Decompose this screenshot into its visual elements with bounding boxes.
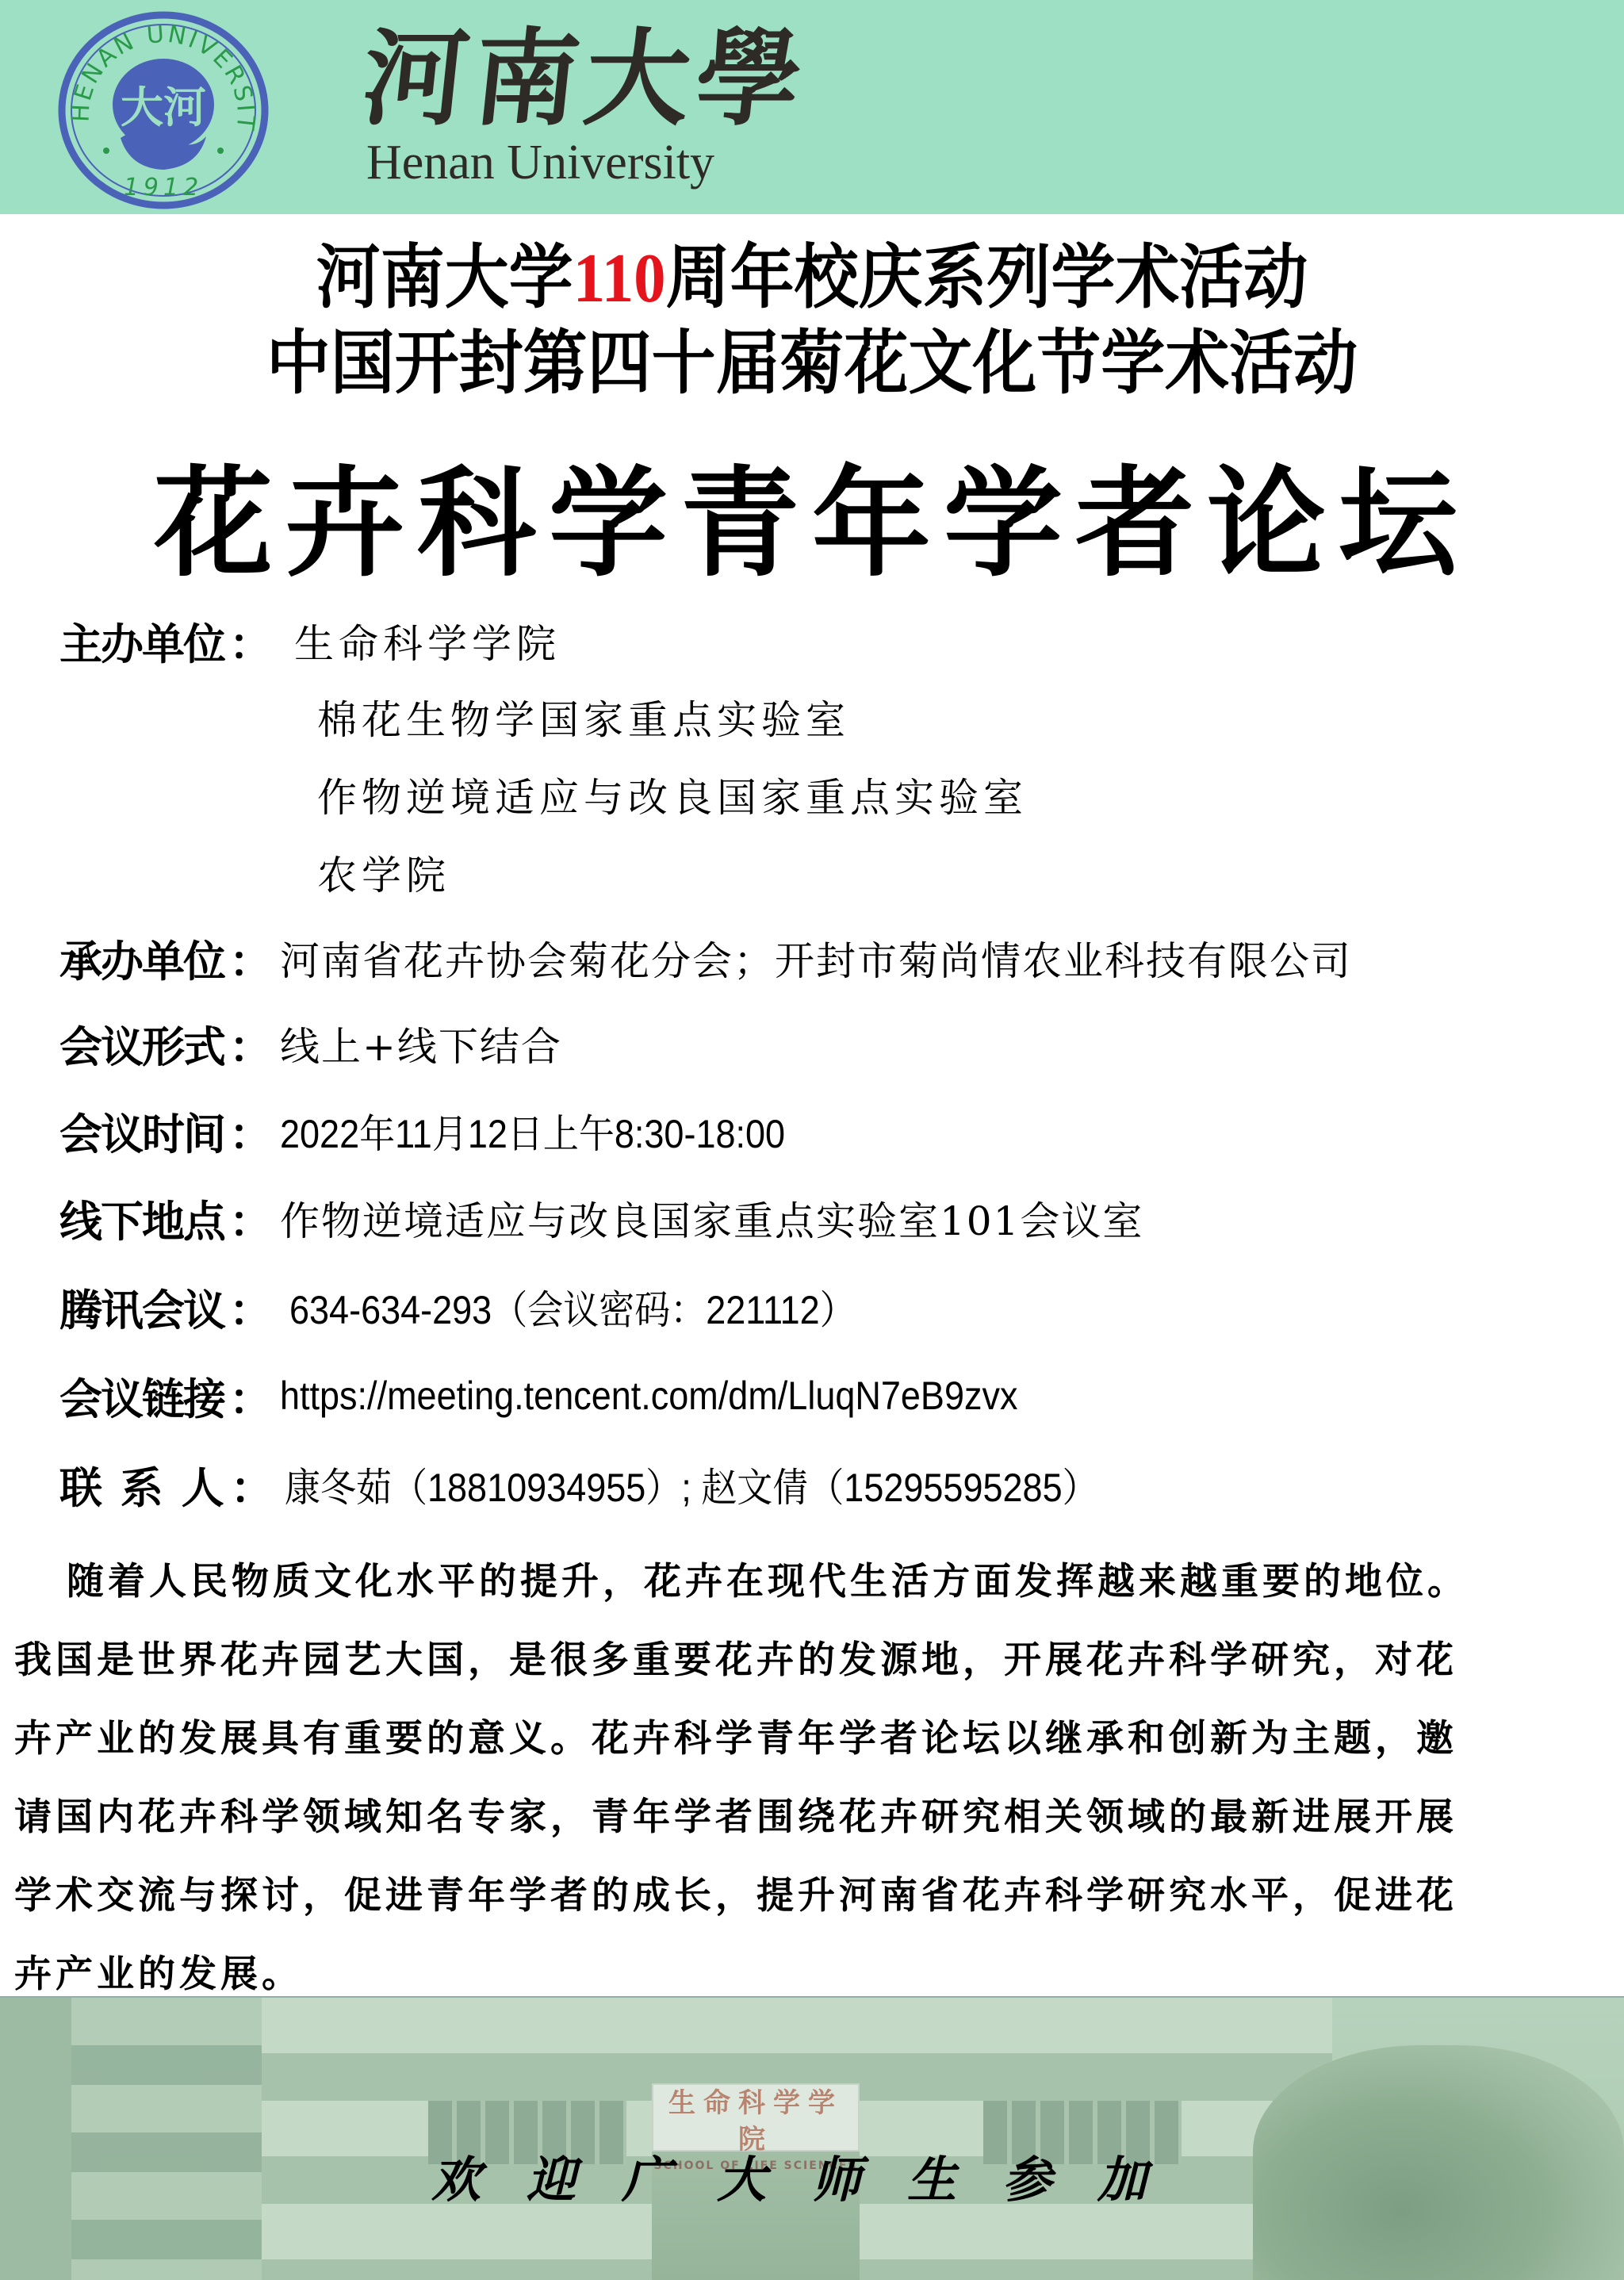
info-organizers: 主办单位 ： 生命科学学院 [59,609,561,673]
info-tencent-meeting: 腾讯会议 ： 634-634-293（会议密码：221112） [59,1275,918,1339]
format-value: 线上+线下结合 [280,1015,562,1072]
organizer-item: 作物逆境适应与改良国家重点实验室 [317,766,1028,830]
intro-line: 卉产业的发展具有重要的意义。花卉科学青年学者论坛以继承和创新为主题，邀 [14,1699,1608,1778]
brand-name-english: Henan University [366,135,714,190]
footer-building-photo: 生命科学学院 SCHOOL OF LIFE SCIENCES 欢迎广大师生参加 [0,1996,1624,2280]
tencent-meeting-id[interactable]: 634-634-293（会议密码：221112） [289,1278,856,1335]
building-left-windows [71,1998,262,2280]
time-colon: ： [229,1101,272,1162]
organizer-item: 棉花生物学国家重点实验室 [317,688,850,752]
subtitle-anniversary: 河南大学110周年校庆系列学术活动 [65,238,1559,319]
subtitle-festival: 中国开封第四十届菊花文化节学术活动 [65,324,1559,403]
svg-text:1912: 1912 [124,174,203,201]
organizer-item: 生命科学学院 [294,612,561,669]
brand-name-chinese: 河南大學 [358,24,814,135]
info-contacts: 联 系 人 ： 康冬茹（18810934955）; 赵文倩（1529559528… [59,1453,1188,1516]
intro-line: 学术交流与探讨，促进青年学者的成长，提升河南省花卉科学研究水平，促进花 [14,1857,1608,1935]
anniversary-number: 110 [573,240,666,317]
info-time: 会议时间 ： 2022年11月12日上午8:30-18:00 [59,1099,841,1163]
intro-line: 我国是世界花卉园艺大国，是很多重要花卉的发源地，开展花卉科学研究，对花 [14,1621,1608,1699]
meeting-link-colon: ： [229,1366,272,1427]
venue-label: 线下地点 [59,1188,224,1249]
info-meeting-link: 会议链接 ： https://meeting.tencent.com/dm/Ll… [59,1364,1100,1427]
info-format: 会议形式 ： 线上+线下结合 [59,1012,562,1075]
info-venue: 线下地点 ： 作物逆境适应与改良国家重点实验室101会议室 [59,1186,1143,1250]
meeting-link-label: 会议链接 [59,1366,224,1427]
contacts-colon: ： [231,1454,274,1516]
subtitle-prefix: 河南大学 [316,236,573,318]
henan-university-emblem-icon: HENAN UNIVERSITY 大河 1912 [57,11,270,209]
format-colon: ： [229,1014,272,1075]
svg-text:大河: 大河 [121,82,206,132]
time-label: 会议时间 [59,1101,224,1162]
welcome-message: 欢迎广大师生参加 [0,2140,1624,2211]
co-organizers-value: 河南省花卉协会菊花分会；开封市菊尚情农业科技有限公司 [280,929,1352,987]
co-organizers-label: 承办单位 [59,928,224,989]
contacts-label: 联 系 人 [59,1454,226,1516]
subtitle-suffix: 周年校庆系列学术活动 [666,236,1308,318]
tencent-meeting-label: 腾讯会议 [59,1277,224,1338]
header-banner: HENAN UNIVERSITY 大河 1912 河南大學 Henan Univ… [0,0,1624,214]
building-left-wall [0,1998,71,2280]
organizers-colon: ： [229,611,272,672]
time-value: 2022年11月12日上午8:30-18:00 [280,1102,785,1159]
contacts-value: 康冬茹（18810934955）; 赵文倩（15295595285） [285,1456,1098,1513]
co-organizers-colon: ： [229,928,272,989]
intro-paragraph: 随着人民物质文化水平的提升，花卉在现代生活方面发挥越来越重要的地位。 我国是世界… [14,1542,1608,2014]
intro-line: 请国内花卉科学领域知名专家，青年学者围绕花卉研究相关领域的最新进展开展 [14,1778,1608,1857]
intro-line: 随着人民物质文化水平的提升，花卉在现代生活方面发挥越来越重要的地位。 [14,1542,1608,1621]
meeting-link[interactable]: https://meeting.tencent.com/dm/LluqN7eB9… [280,1373,1017,1419]
organizer-item: 农学院 [317,844,450,907]
info-co-organizers: 承办单位 ： 河南省花卉协会菊花分会；开封市菊尚情农业科技有限公司 [59,926,1352,990]
venue-value: 作物逆境适应与改良国家重点实验室101会议室 [280,1190,1143,1247]
venue-colon: ： [229,1188,272,1249]
format-label: 会议形式 [59,1014,224,1075]
organizers-label: 主办单位 [59,611,224,672]
tencent-meeting-colon: ： [229,1277,272,1338]
page-title: 花卉科学青年学者论坛 [0,456,1624,591]
